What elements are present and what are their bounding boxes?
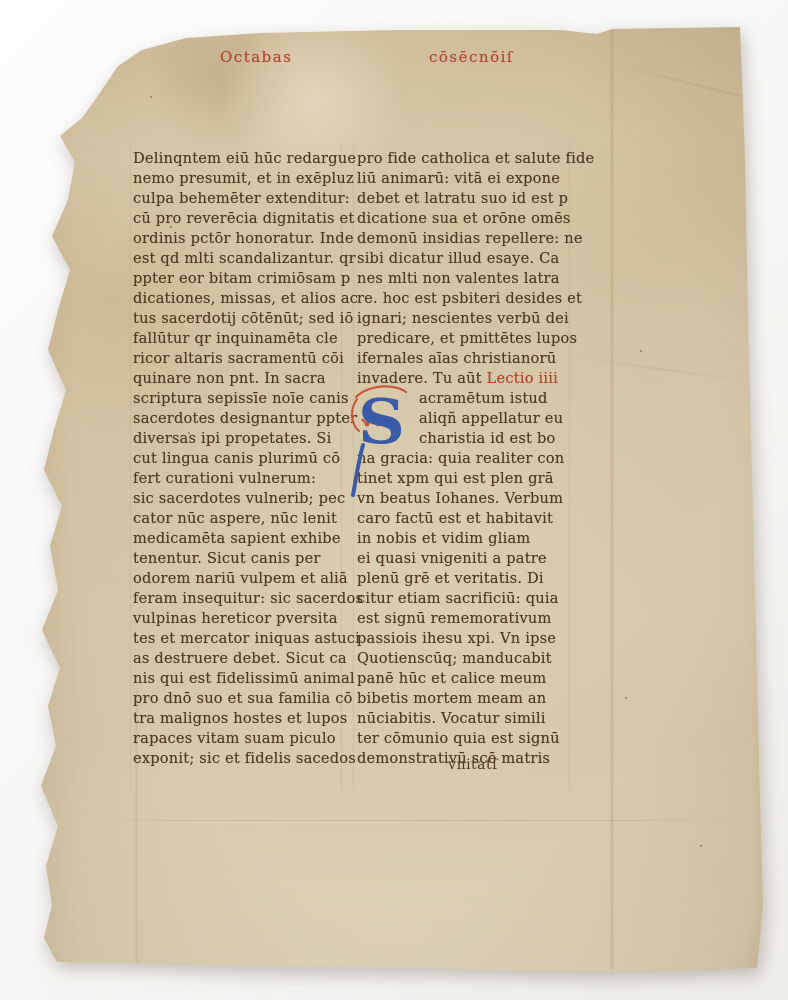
text-line: predicare, et pmittētes lupos [357, 329, 571, 349]
decorated-initial-s: S [350, 383, 414, 508]
photograph-backdrop: Octabas cōsēcnōiſ Delinqntem eiū hūc red… [0, 0, 788, 1000]
text-line: citur etiam sacrificiū: quia [357, 589, 571, 609]
text-line: ifernales aīas christianorū [357, 349, 571, 369]
diagonal-crease [601, 60, 788, 118]
text-line: medicamēta sapient exhibe [133, 529, 339, 549]
text-line: pro fide catholica et salute fide [357, 149, 571, 169]
svg-text:S: S [358, 384, 405, 457]
initial-s-artwork: S [350, 383, 414, 508]
text-line: re. hoc est psbiteri desides et [357, 289, 571, 309]
text-line: tenentur. Sicut canis per [133, 549, 339, 569]
text-line: cator nūc aspere, nūc lenit [133, 509, 339, 529]
text-line: odorem nariū vulpem et aliā [133, 569, 339, 589]
text-line: demonū insidias repellere: ne [357, 229, 571, 249]
text-line: sacerdotes designantur ppter [133, 409, 339, 429]
foxing-speck [700, 845, 702, 847]
text-line: dicationes, missas, et alios ac [133, 289, 339, 309]
text-line: panē hūc et calice meum [357, 669, 571, 689]
vertical-crease [610, 29, 614, 969]
text-line: exponit; sic et fidelis sacedos [133, 749, 339, 769]
manuscript-leaf-wrapper: Octabas cōsēcnōiſ Delinqntem eiū hūc red… [0, 0, 788, 1000]
text-line: diversas ipi propetates. Si [133, 429, 339, 449]
text-line: liū animarū: vitā ei expone [357, 169, 571, 189]
ruling-line [130, 140, 131, 790]
text-line: ordinis pctōr honoratur. Inde [133, 229, 339, 249]
text-line: quinare non pnt. In sacra [133, 369, 339, 389]
catchword: vnitatſ [383, 757, 563, 773]
text-line: Quotienscūq; manducabit [357, 649, 571, 669]
text-line: nūciabitis. Vocatur simili [357, 709, 571, 729]
text-line: caro factū est et habitavit [357, 509, 571, 529]
text-line: sic sacerdotes vulnerib; pec [133, 489, 339, 509]
foxing-speck [625, 697, 627, 699]
text-line: dicatione sua et orōne omēs [357, 209, 571, 229]
text-line: tra malignos hostes et lupos [133, 709, 339, 729]
text-line: plenū grē et veritatis. Di [357, 569, 571, 589]
text-line: ter cōmunio quia est signū [357, 729, 571, 749]
text-line: nis qui est fidelissimū animal [133, 669, 339, 689]
text-line: est qd mlti scandalizantur. qr [133, 249, 339, 269]
text-line: culpa behemēter extenditur: [133, 189, 339, 209]
text-line: bibetis mortem meam an [357, 689, 571, 709]
text-line: pro dnō suo et sua familia cō [133, 689, 339, 709]
text-line: Delinqntem eiū hūc redargue [133, 149, 339, 169]
text-line: nes mlti non valentes latra [357, 269, 571, 289]
text-line: cut lingua canis plurimū cō [133, 449, 339, 469]
text-line: fert curationi vulnerum: [133, 469, 339, 489]
text-column-left: Delinqntem eiū hūc redarguenemo presumit… [133, 149, 339, 769]
foxing-speck [150, 96, 152, 98]
text-line: passiois ihesu xpi. Vn ipse [357, 629, 571, 649]
text-line: rapaces vitam suam piculo [133, 729, 339, 749]
text-line: cū pro reverēcia dignitatis et [133, 209, 339, 229]
rubric-lectio-label: Lectio iiii [487, 370, 558, 387]
text-line: scriptura sepissīe noīe canis [133, 389, 339, 409]
running-header-left: Octabas [220, 48, 292, 66]
text-line: ricor altaris sacramentū cōi [133, 349, 339, 369]
text-line: ppter eor bitam crimiōsam p [133, 269, 339, 289]
text-line: debet et latratu suo id est p [357, 189, 571, 209]
text-line: nemo presumit, et in exēpluz [133, 169, 339, 189]
bottom-ruling-line [75, 820, 735, 821]
text-line: ei quasi vnigeniti a patre [357, 549, 571, 569]
foxing-speck [640, 350, 642, 352]
text-line: as destruere debet. Sicut ca [133, 649, 339, 669]
text-line: vulpinas hereticor pversita [133, 609, 339, 629]
text-line: est signū rememorativum [357, 609, 571, 629]
running-header-right: cōsēcnōiſ [429, 48, 514, 66]
text-line: ignari; nescientes verbū dei [357, 309, 571, 329]
text-line: in nobis et vidim gliam [357, 529, 571, 549]
text-line: fallūtur qr inquinamēta cle [133, 329, 339, 349]
parchment-leaf: Octabas cōsēcnōiſ Delinqntem eiū hūc red… [0, 0, 788, 1000]
text-line: sibi dicatur illud esaye. Ca [357, 249, 571, 269]
text-line: tus sacerdotij cōtēnūt; sed iō [133, 309, 339, 329]
text-line: feram insequitur: sic sacerdos [133, 589, 339, 609]
diagonal-crease [561, 354, 759, 384]
text-line: tes et mercator iniquas astuci [133, 629, 339, 649]
